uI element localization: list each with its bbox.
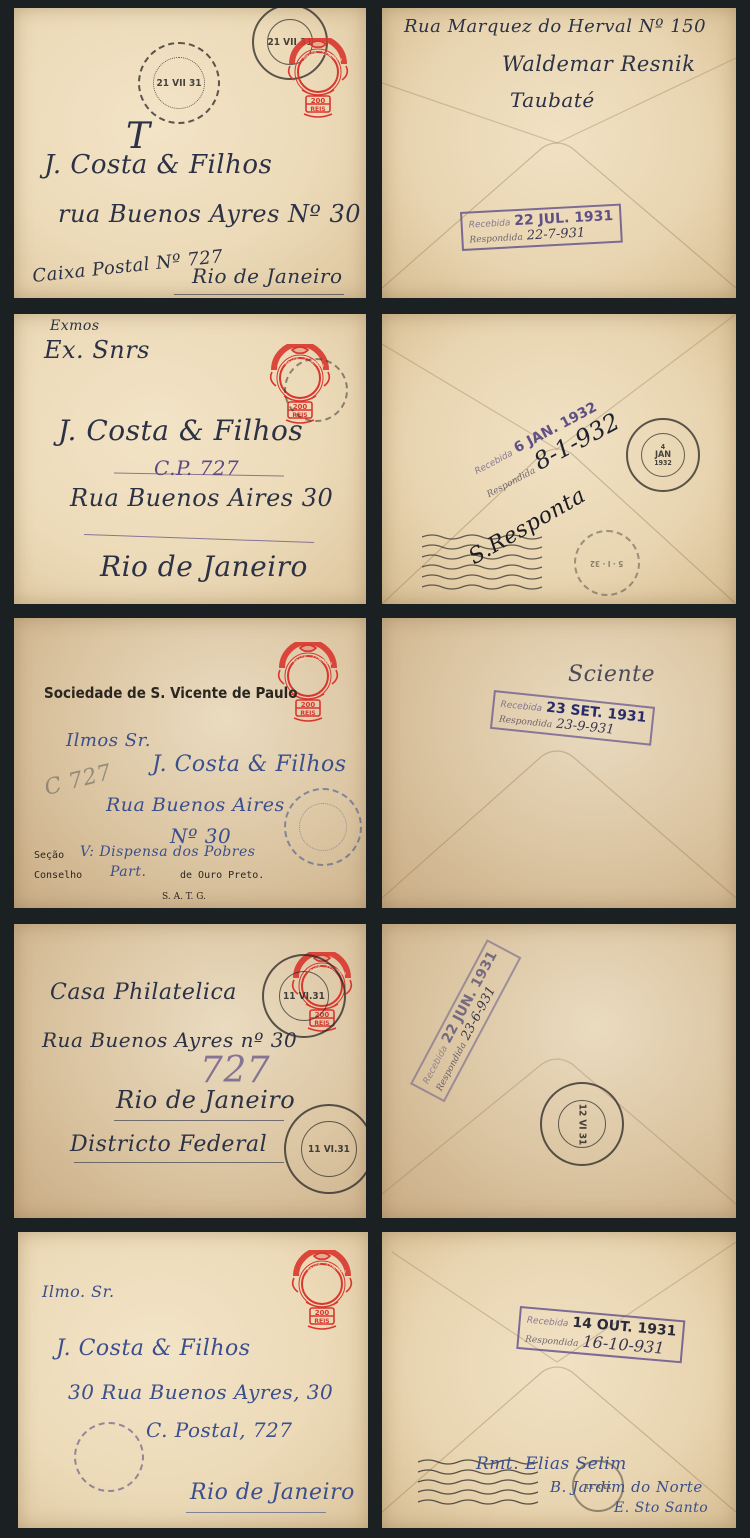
address-city: Rio de Janeiro <box>192 264 343 288</box>
cover-1-front: 21 VII 31 21 VII 31 T J. Costa & Filhos … <box>14 8 366 298</box>
stamp-200-reis <box>286 1250 358 1334</box>
postmark <box>284 358 348 422</box>
salutation-superscript: Exmos <box>50 318 100 334</box>
addressee-name: Casa Philatelica <box>50 980 237 1005</box>
address-district: Districto Federal <box>70 1132 267 1157</box>
cover-2-back: Recebida6 JAN. 1932 Respondida8-1-932 S.… <box>382 314 736 604</box>
pobox-correction: C.P. 727 <box>154 456 239 480</box>
addressee-name: J. Costa & Filhos <box>58 414 303 447</box>
cover-5-back: Recebida14 OUT. 1931 Respondida16-10-931… <box>382 1232 736 1528</box>
addressee-name: J. Costa & Filhos <box>152 752 347 777</box>
postmark: 21 VII 31 <box>138 42 220 124</box>
cover-3-front: Sociedade de S. Vicente de Paulo Ilmos S… <box>14 618 366 908</box>
pobox-mark: 727 <box>200 1050 270 1091</box>
address-street: Rua Buenos Aires 30 <box>70 484 333 512</box>
postmark-violet <box>74 1422 144 1492</box>
handwritten-note: Sciente <box>568 662 655 687</box>
secao-label: Seção <box>34 850 64 861</box>
postmark-parahiba: 11 VI.31 <box>262 954 346 1038</box>
sender-name: Rmt. Elias Selim <box>476 1454 627 1474</box>
salutation: Ilmos Sr. <box>66 730 151 751</box>
sender-city: Taubaté <box>510 88 595 112</box>
sender-city: E. Sto Santo <box>614 1500 708 1516</box>
conselho-suffix: de Ouro Preto. <box>180 870 264 881</box>
stamp-200-reis <box>282 38 354 122</box>
cover-1-back: Rua Marquez do Herval Nº 150 Waldemar Re… <box>382 8 736 298</box>
address-street: 30 Rua Buenos Ayres, 30 <box>68 1380 333 1404</box>
addressee-name: J. Costa & Filhos <box>44 150 272 180</box>
sender-street: B. Jardim do Norte <box>550 1478 703 1496</box>
received-answered-stamp: Recebida6 JAN. 1932 Respondida8-1-932 <box>462 386 633 510</box>
cover-3-back: Sciente Recebida23 SET. 1931 Respondida2… <box>382 618 736 908</box>
pencil-note: C 727 <box>42 760 114 801</box>
salutation: Ilmo. Sr. <box>42 1282 115 1301</box>
address-pobox: C. Postal, 727 <box>146 1418 293 1442</box>
sender-street: Rua Marquez do Herval Nº 150 <box>404 16 706 37</box>
address-city: Rio de Janeiro <box>190 1480 355 1505</box>
machine-cancel-wavy-lines <box>422 532 552 592</box>
postmark-parahiba-2: 11 VI.31 <box>284 1104 366 1194</box>
printed-header: Sociedade de S. Vicente de Paulo <box>44 684 298 702</box>
address-street: Rua Buenos Ayres nº 30 <box>42 1028 297 1052</box>
address-street: Rua Buenos Aires <box>106 794 285 816</box>
cover-2-front: Exmos Ex. Snrs J. Costa & Filhos C.P. 72… <box>14 314 366 604</box>
conselho-label: Conselho <box>34 870 82 881</box>
postmark-joao-pessoa: 12 VI 31 <box>540 1082 624 1166</box>
printed-footer: S. A. T. G. <box>162 892 206 902</box>
addressee-name: J. Costa & Filhos <box>56 1336 251 1361</box>
postmark-sorocaba: 4 JAN 1932 <box>626 418 700 492</box>
received-answered-stamp: Recebida22 JUL. 1931 Respondida22-7-931 <box>460 204 623 251</box>
sender-name: Waldemar Resnik <box>502 52 696 76</box>
received-answered-stamp: Recebida22 JUN. 1931 Respondida23-6-931 <box>410 940 521 1103</box>
secao-value: V: Dispensa dos Pobres <box>80 844 255 860</box>
salutation: Ex. Snrs <box>44 336 150 364</box>
received-answered-stamp: Recebida23 SET. 1931 Respondida23-9-931 <box>490 690 655 746</box>
cover-4-back: Recebida22 JUN. 1931 Respondida23-6-931 … <box>382 924 736 1218</box>
address-street: rua Buenos Ayres Nº 30 <box>58 200 361 228</box>
address-city: Rio de Janeiro <box>100 550 308 583</box>
cover-5-front: Ilmo. Sr. J. Costa & Filhos 30 Rua Bueno… <box>18 1232 368 1528</box>
postmark-blue <box>284 788 362 866</box>
address-city: Rio de Janeiro <box>116 1086 295 1114</box>
cover-4-front: 11 VI.31 Casa Philatelica Rua Buenos Ayr… <box>14 924 366 1218</box>
postmark-rio: 5 · I · 32 <box>574 530 640 596</box>
received-answered-stamp: Recebida14 OUT. 1931 Respondida16-10-931 <box>516 1306 685 1363</box>
conselho-value: Part. <box>110 864 146 880</box>
